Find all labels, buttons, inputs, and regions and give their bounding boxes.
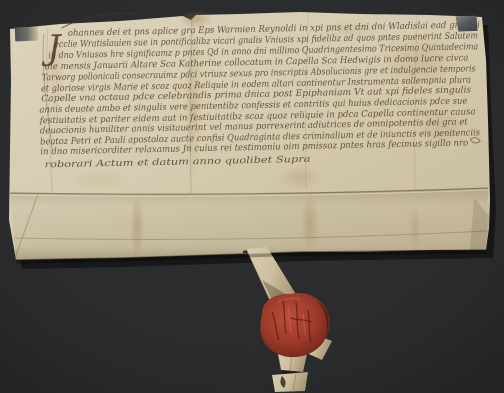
manuscript-text: J ohannes dei et pns aplice gra Eps Warm… [37,6,483,171]
charter-photo-svg: J ohannes dei et pns aplice gra Eps Warm… [0,0,504,393]
mounting-tab-left [15,27,38,42]
charter-photo: J ohannes dei et pns aplice gra Eps Warm… [0,0,504,393]
